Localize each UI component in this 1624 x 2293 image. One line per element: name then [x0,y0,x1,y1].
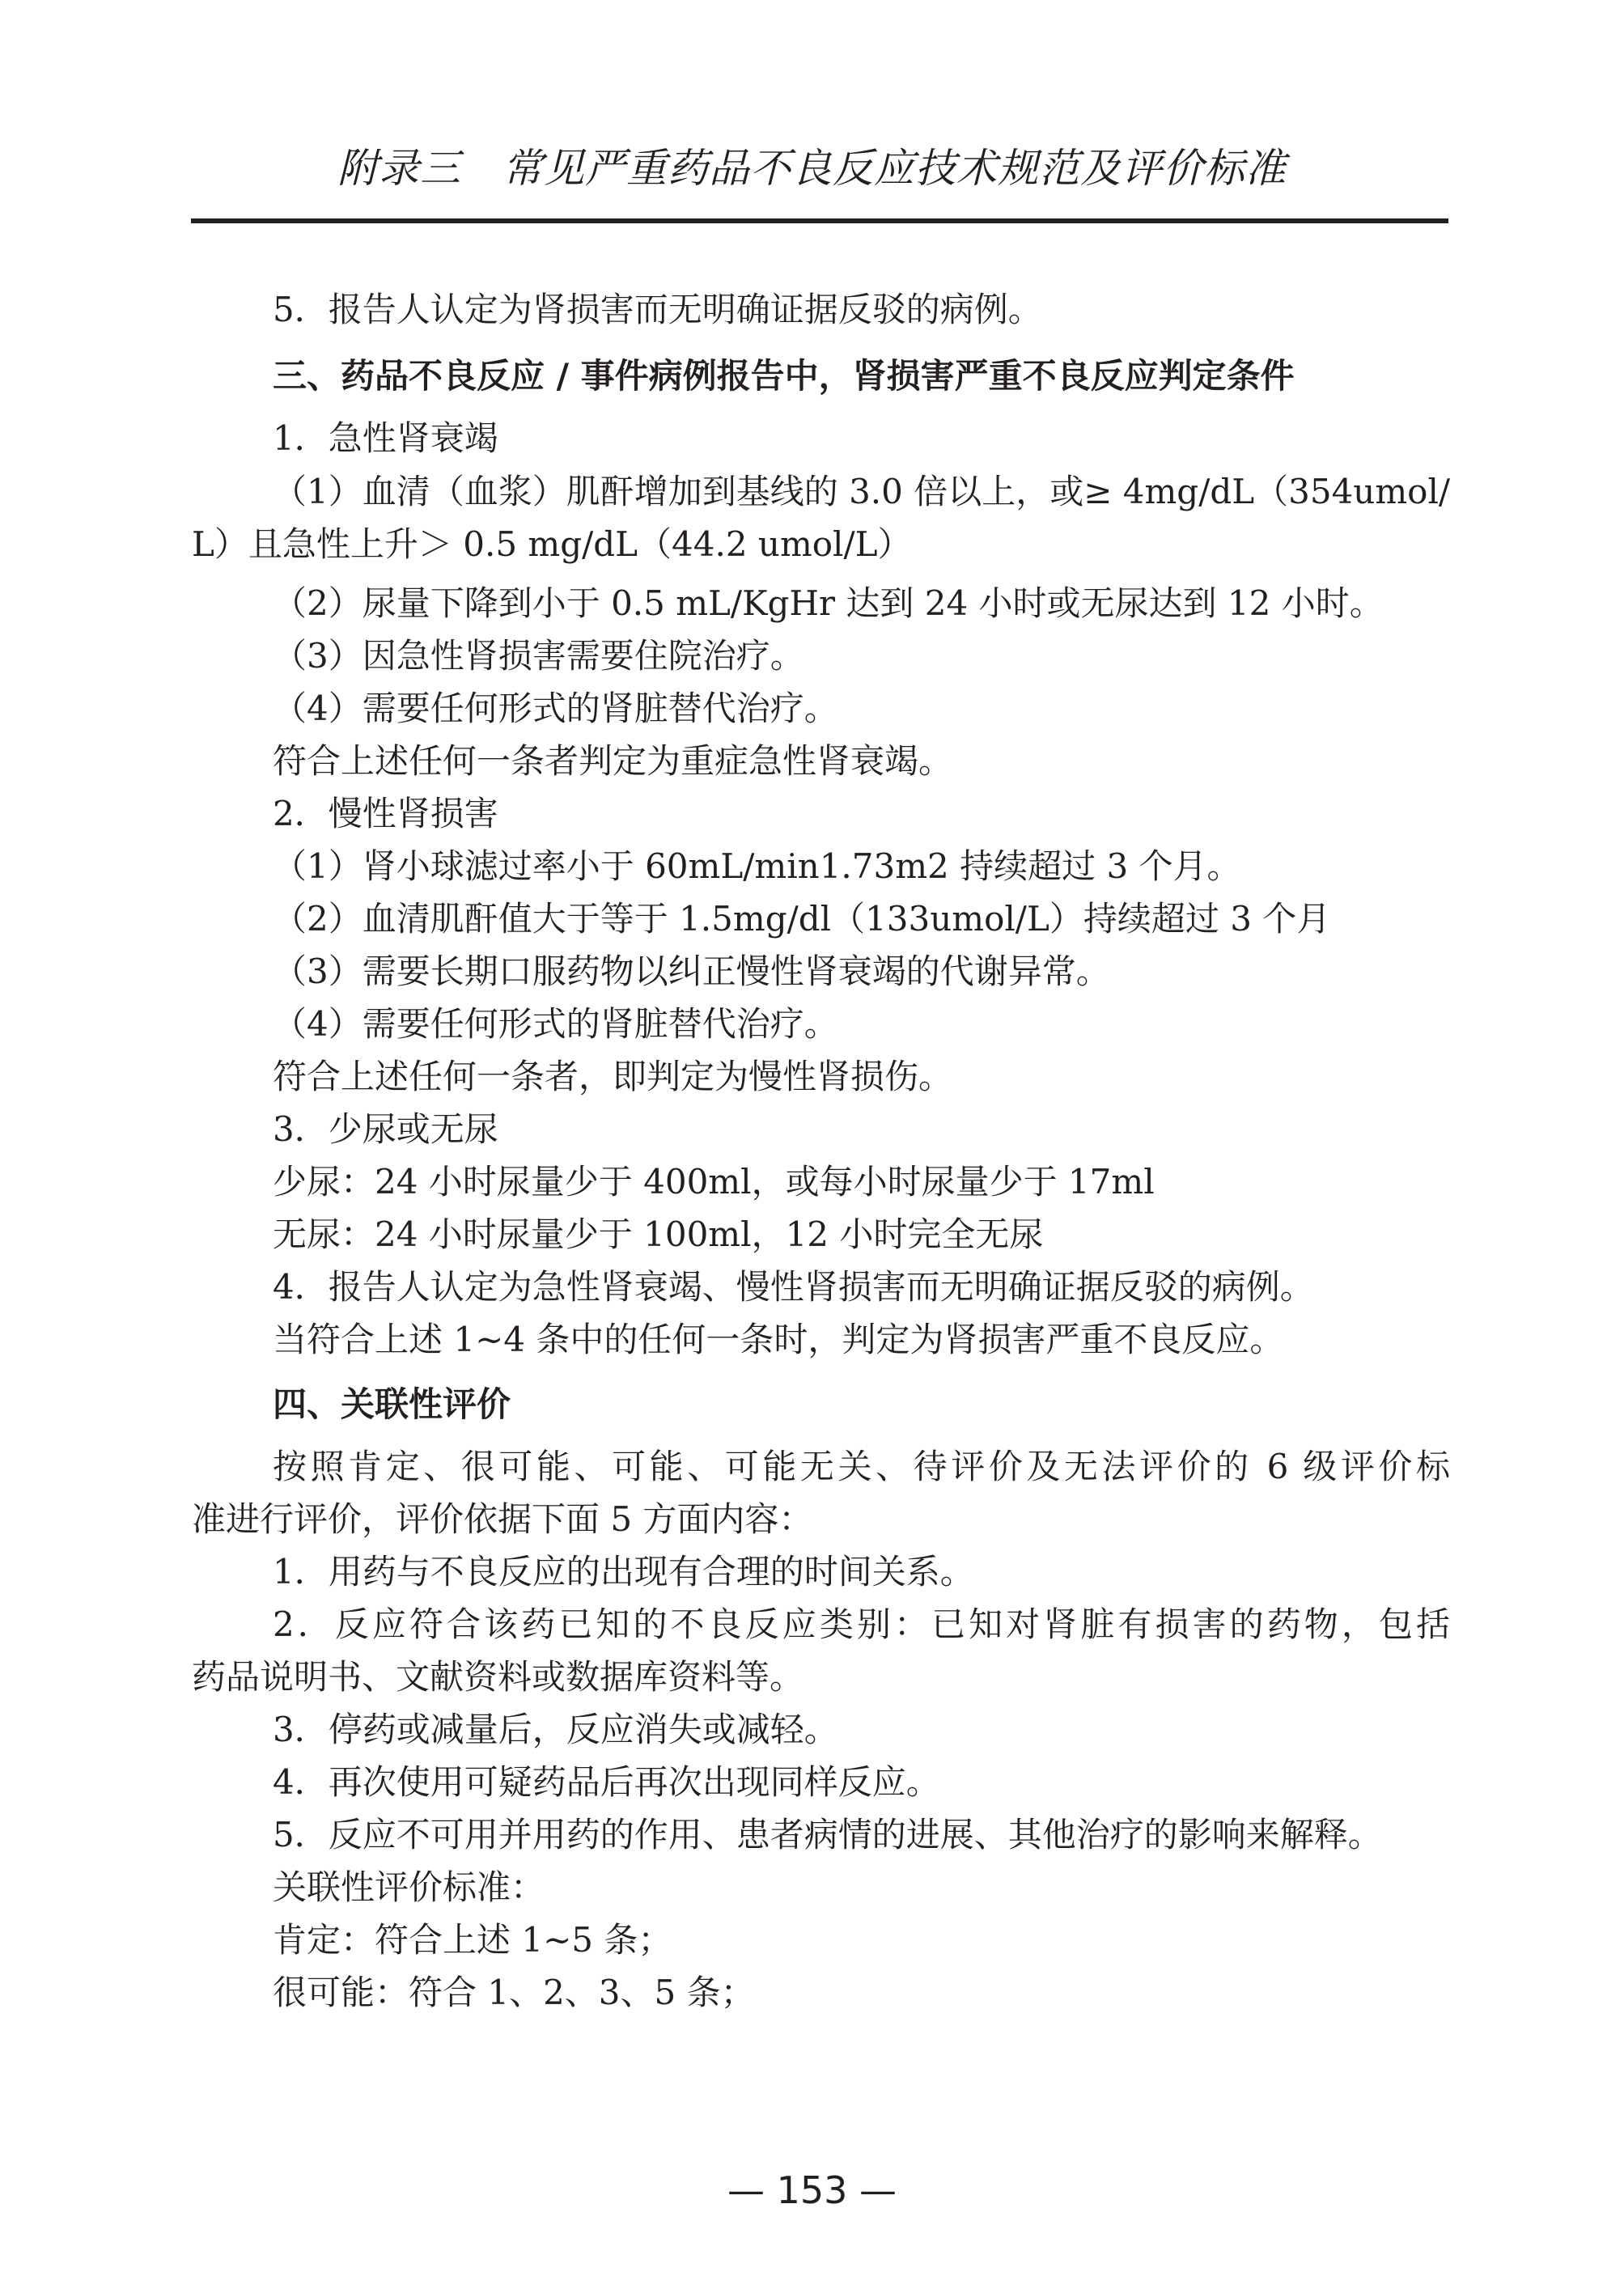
item-5-line: 5．报告人认定为肾损害而无明确证据反驳的病例。 [273,283,1450,337]
basis-line: 4．再次使用可疑药品后再次出现同样反应。 [273,1756,1450,1809]
criterion-line: （1）肾小球滤过率小于 60mL/min1.73m2 持续超过 3 个月。 [273,840,1450,893]
basis-line: 3．停药或减量后，反应消失或减轻。 [273,1703,1450,1757]
standard-label: 关联性评价标准： [273,1861,1450,1914]
conclusion-line: 符合上述任何一条者，即判定为慢性肾损伤。 [273,1050,1450,1104]
page-number: — 153 — [0,2168,1624,2212]
basis-line: 2．反应符合该药已知的不良反应类别：已知对肾脏有损害的药物，包括 [273,1598,1450,1651]
standard-line: 很可能：符合 1、2、3、5 条； [273,1966,1450,2020]
header-rule [191,218,1448,223]
criterion-line: （3）需要长期口服药物以纠正慢性肾衰竭的代谢异常。 [273,945,1450,998]
criterion-line: L）且急性上升＞ 0.5 mg/dL（44.2 umol/L） [192,518,1450,571]
basis-line: 药品说明书、文献资料或数据库资料等。 [192,1651,1450,1704]
definition-line: 少尿：24 小时尿量少于 400ml，或每小时尿量少于 17ml [273,1155,1450,1209]
basis-line: 1．用药与不良反应的出现有合理的时间关系。 [273,1545,1450,1599]
standard-line: 肯定：符合上述 1~5 条； [273,1914,1450,1967]
criterion-line: （4）需要任何形式的肾脏替代治疗。 [273,682,1450,735]
section-3-heading: 三、药品不良反应 / 事件病例报告中，肾损害严重不良反应判定条件 [273,350,1450,403]
criterion-line: （1）血清（血浆）肌酐增加到基线的 3.0 倍以上，或≥ 4mg/dL（354u… [273,465,1450,519]
criterion-line: （2）尿量下降到小于 0.5 mL/KgHr 达到 24 小时或无尿达到 12 … [273,577,1450,630]
subheading-acute-renal-failure: 1．急性肾衰竭 [273,412,1450,465]
section-4-heading: 四、关联性评价 [273,1378,1450,1431]
basis-line: 5．反应不可用并用药的作用、患者病情的进展、其他治疗的影响来解释。 [273,1808,1450,1862]
criterion-line: （3）因急性肾损害需要住院治疗。 [273,629,1450,683]
subheading-oliguria-anuria: 3．少尿或无尿 [273,1103,1450,1156]
item-4-line: 4．报告人认定为急性肾衰竭、慢性肾损害而无明确证据反驳的病例。 [273,1261,1450,1314]
paragraph-line: 准进行评价，评价依据下面 5 方面内容： [192,1493,1450,1546]
conclusion-line: 当符合上述 1~4 条中的任何一条时，判定为肾损害严重不良反应。 [273,1313,1450,1367]
conclusion-line: 符合上述任何一条者判定为重症急性肾衰竭。 [273,735,1450,788]
document-page: 附录三 常见严重药品不良反应技术规范及评价标准 5．报告人认定为肾损害而无明确证… [0,0,1624,2293]
criterion-line: （2）血清肌酐值大于等于 1.5mg/dl（133umol/L）持续超过 3 个… [273,892,1450,946]
definition-line: 无尿：24 小时尿量少于 100ml，12 小时完全无尿 [273,1208,1450,1261]
paragraph-line: 按照肯定、很可能、可能、可能无关、待评价及无法评价的 6 级评价标 [273,1440,1450,1494]
subheading-chronic-renal-damage: 2．慢性肾损害 [273,787,1450,841]
criterion-line: （4）需要任何形式的肾脏替代治疗。 [273,998,1450,1051]
running-head: 附录三 常见严重药品不良反应技术规范及评价标准 [0,136,1624,194]
